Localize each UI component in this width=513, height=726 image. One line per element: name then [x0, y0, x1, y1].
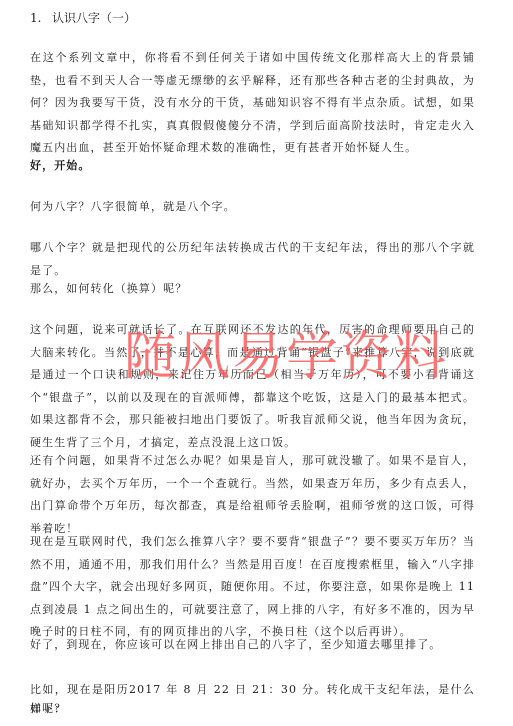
- paragraph-start: 好，开始。: [30, 155, 475, 178]
- paragraph-what-is-bazi: 何为八字？八字很简单，就是八个字。: [30, 196, 475, 219]
- section-title: 认识八字（一）: [52, 11, 136, 25]
- paragraph-internet: 现在是互联网时代，我们怎么推算八字？要不要背“银盘子”？要不要买万年历？当然不用…: [30, 531, 475, 644]
- paragraph-as-follows: 如下：: [30, 699, 475, 718]
- document-page: 1.认识八字（一） 在这个系列文章中，你将看不到任何关于诸如中国传统文化那样高大…: [0, 0, 513, 726]
- section-number: 1.: [30, 10, 52, 26]
- paragraph-calendar: 还有个问题，如果背不过怎么办呢？如果是盲人，那可就没辙了。如果不是盲人，就好办，…: [30, 450, 475, 540]
- paragraph-intro: 在这个系列文章中，你将看不到任何关于诸如中国传统文化那样高大上的背景铺垫，也看不…: [30, 47, 475, 160]
- section-heading: 1.认识八字（一）: [30, 10, 136, 26]
- paragraph-which-eight: 哪八个字？就是把现代的公历纪年法转换成古代的干支纪年法，得出的那八个字就是了。: [30, 237, 475, 282]
- paragraph-conclusion: 好了，到现在，你应该可以在网上排出自己的八字了，至少知道去哪里排了。: [30, 634, 475, 657]
- paragraph-how-convert: 那么，如何转化（换算）呢？: [30, 278, 475, 301]
- paragraph-history: 这个问题，说来可就话长了。在互联网还不发达的年代，厉害的命理师要用自己的大脑来转…: [30, 319, 475, 454]
